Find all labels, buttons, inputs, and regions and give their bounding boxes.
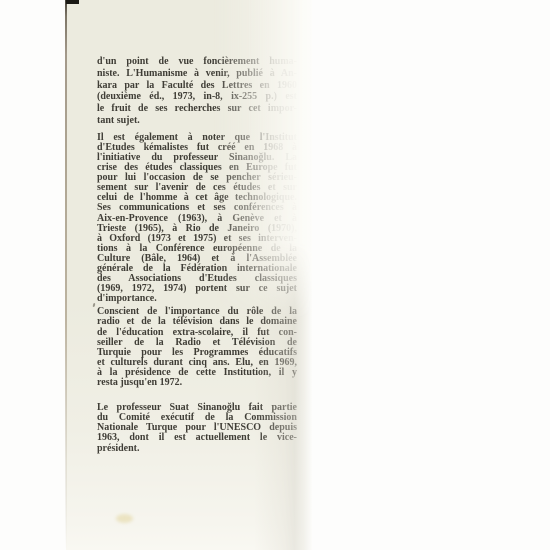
ink-speck (93, 303, 96, 307)
page-left-edge (65, 0, 67, 550)
book-page: d'un point de vue foncièrement huma-nist… (66, 0, 312, 550)
scan-glare-icon (214, 0, 312, 320)
scanned-page-photo: d'un point de vue foncièrement huma-nist… (0, 0, 550, 550)
stain-speck (116, 514, 133, 523)
page-corner-mark (66, 0, 79, 4)
